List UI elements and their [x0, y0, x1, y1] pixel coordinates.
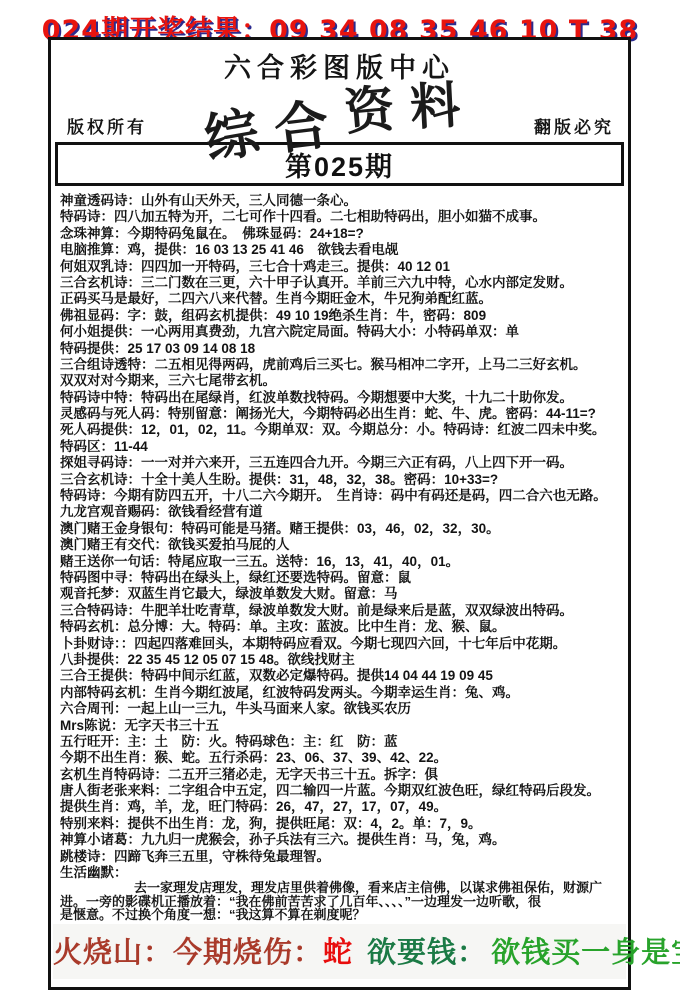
tip-line: 三合王提供：特码中间示红蓝，双数必定爆特码。提供14 04 44 19 09 4…: [60, 668, 622, 684]
tip-line: Mrs陈说：无字天书三十五: [60, 718, 622, 734]
tip-line: 特码区：11-44: [60, 439, 622, 455]
tip-line: 特码图中寻：特码出在绿头上，绿红还要选特码。留意：鼠: [60, 570, 622, 586]
footer-fire-label: 火烧山：: [53, 935, 173, 969]
copyright-right-text: 翻版必究: [534, 113, 614, 138]
footer-hot-tips: 火烧山：今期烧伤：蛇欲要钱：欲钱买一身是宝动物: [53, 924, 626, 979]
tip-line: 卜卦财诗：：四起四落难回头，本期特码应看双。今期七现四六回，十七年后中花期。: [60, 636, 622, 652]
footer-burn-animal: 蛇: [323, 935, 353, 969]
tip-line: 三合玄机诗：三二门数在三更，六十甲子认真开。羊前三六九中特，心水内部定发财。: [60, 275, 622, 291]
tip-line: 念珠神算：今期特码兔鼠在。 佛珠显码：24+18=?: [60, 226, 622, 242]
tip-line: 内部特码玄机：生肖今期红波尾，红波特码发两头。今期幸运生肖：兔、鸡。: [60, 685, 622, 701]
tip-line: 探姐寻码诗：一一对并六来开，三五连四合九开。今期三六正有码，八上四下开一码。: [60, 455, 622, 471]
tip-line: 特码诗：今期有防四五开，十八二六今期开。 生肖诗：码中有码还是码，四二合六也无路…: [60, 488, 622, 504]
tip-line: 九龙宫观音赐码：欲钱看经营有道: [60, 504, 622, 520]
tip-line: 澳门赌王金身银句：特码可能是马猪。赌王提供：03，46，02，32，30。: [60, 521, 622, 537]
main-box: 六合彩图版中心 综合资料 版权所有 翻版必究 第025期 神童透码诗：山外有山天…: [48, 37, 631, 990]
masthead: 六合彩图版中心 综合资料 版权所有 翻版必究: [51, 40, 628, 142]
tip-line: 特码提供：25 17 03 09 14 08 18: [60, 341, 622, 357]
humor-text-line: 是惬意。不过换个角度一想：“我这算不算在剃度呢？: [60, 908, 622, 922]
tip-line: 三合特码诗：牛肥羊壮吃青草，绿波单数发大财。前是绿来后是蓝，双双绿波出特码。: [60, 603, 622, 619]
tip-line: 佛祖显码：字：鼓，组码玄机提供：49 10 19绝杀生肖：牛，密码：809: [60, 308, 622, 324]
tip-line: 唐人街老张来料：二字组合中五定，四二输四一片蓝。今期双红波色旺，绿红特码后段发。: [60, 783, 622, 799]
tip-line: 灵感码与死人码：特别留意：阐扬光大，今期特码必出生肖：蛇、牛、虎。密码：44-1…: [60, 406, 622, 422]
calligraphy-char: 综: [197, 87, 279, 175]
tip-line: 双双对对今期来，三六七尾带玄机。: [60, 373, 622, 389]
tip-line: 提供生肖：鸡，羊，龙，旺门特码：26，47，27，17，07，49。: [60, 799, 622, 815]
tip-line: 今期不出生肖：猴、蛇。五行杀码：23、06、37、39、42、22。: [60, 750, 622, 766]
tip-line: 正码买马是最好，二四六八来代替。生肖今期旺金木，牛兄狗弟配红蓝。: [60, 291, 622, 307]
tip-line: 特码诗：四八加五特为开，二七可作十四看。二七相助特码出，胆小如猫不成事。: [60, 209, 622, 225]
tip-line: 五行旺开：主：土 防：火。特码球色：主：红 防：蓝: [60, 734, 622, 750]
calligraphy-char: 资: [340, 67, 412, 144]
humor-text-line: 去一家理发店理发，理发店里供着佛像，看来店主信佛，以谋求佛祖保佑，财源广: [60, 881, 622, 895]
tip-line: 观音托梦：双蓝生肖它最大，绿波单数发大财。留意：马: [60, 586, 622, 602]
calligraphy-char: 合: [269, 80, 348, 165]
tips-content: 神童透码诗：山外有山天外天，三人同德一条心。 特码诗：四八加五特为开，二七可作十…: [51, 186, 628, 924]
humor-text-line: 进。一旁的影碟机正播放着：“我在佛前苦苦求了几百年、、、、”一边理发一边听歌，很: [60, 895, 622, 909]
tip-line: 神算小诸葛：九九归一虎猴会，孙子兵法有三六。提供生肖：马，兔，鸡。: [60, 832, 622, 848]
tip-line: 六合周刊：一起上山一三九，牛头马面来人家。欲钱买农历: [60, 701, 622, 717]
tip-line: 特别来料：提供不出生肖：龙，狗，提供旺尾：双：4，2。单：7，9。: [60, 816, 622, 832]
tip-line: 三合玄机诗：十全十美人生盼。提供：31，48，32，38。密码：10+33=?: [60, 472, 622, 488]
footer-money-label: 欲要钱：: [367, 935, 487, 969]
tip-line: 特码玄机：总分博：大。特码：单。主攻：蓝波。比中生肖：龙、猴、鼠。: [60, 619, 622, 635]
tip-line: 三合组诗透特：二五相见得两码，虎前鸡后三买七。猴马相冲二字开，上马二三好玄机。: [60, 357, 622, 373]
footer-money-text: 欲钱买一身是宝动物: [491, 935, 680, 969]
copyright-left-text: 版权所有: [67, 113, 147, 138]
footer-burn-label: 今期烧伤：: [173, 935, 323, 969]
tip-line: 何姐双乳诗：四四加一开特码，三七合十鸡走三。提供：40 12 01: [60, 259, 622, 275]
tip-line: 跳楼诗：四蹄飞奔三五里，守株待兔最理智。: [60, 849, 622, 865]
tip-line: 玄机生肖特码诗：二五开三猪必走，无字天书三十五。拆字：俱: [60, 767, 622, 783]
tip-line: 澳门赌王有交代：欲钱买爱拍马屁的人: [60, 537, 622, 553]
tip-line: 神童透码诗：山外有山天外天，三人同德一条心。: [60, 193, 622, 209]
tip-line: 特码诗中特：特码出在尾绿肖，红波单数找特码。今期想要中大奖，十九二十助你发。: [60, 390, 622, 406]
tip-line: 八卦提供：22 35 45 12 05 07 15 48。欲线找财主: [60, 652, 622, 668]
tip-line: 何小姐提供：一心两用真费劲，九宫六院定局面。特码大小：小特码单双：单: [60, 324, 622, 340]
tip-line: 电脑推算：鸡，提供：16 03 13 25 41 46 欲钱去看电觇: [60, 242, 622, 258]
calligraphy-char: 料: [408, 64, 478, 139]
tip-line: 赌王送你一句话：特尾应取一三五。送特：16，13，41，40，01。: [60, 554, 622, 570]
humor-section-label: 生活幽默：: [60, 865, 622, 881]
tip-line: 死人码提供：12，01，02，11。今期单双：双。今期总分：小。特码诗：红波二四…: [60, 422, 622, 438]
